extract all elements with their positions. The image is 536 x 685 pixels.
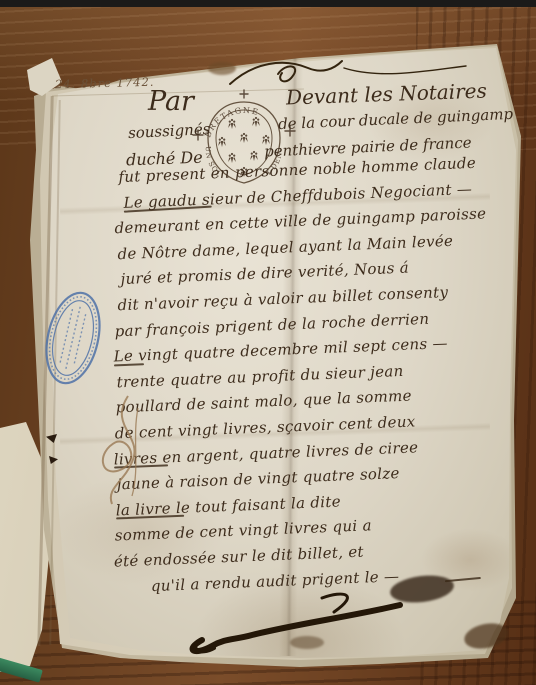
closing-flourish-icon — [172, 586, 422, 658]
margin-signature-flourish — [84, 388, 158, 510]
photo-top-dark-edge — [0, 0, 536, 7]
date-annotation: 24. 8bre 1742. — [55, 75, 155, 92]
manuscript-text-block: fut present en personne noble homme clau… — [96, 149, 533, 601]
manuscript-word-par: Par — [148, 86, 194, 117]
photo-scene: 24. 8bre 1742. BRETAGNE UN SOL — [0, 0, 536, 685]
